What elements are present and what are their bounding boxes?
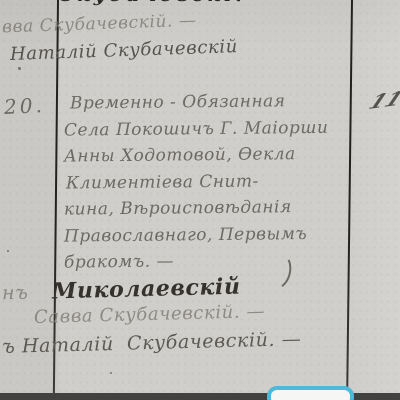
paper-speck — [18, 67, 21, 70]
paper-speck — [7, 250, 9, 252]
bottom-peek-button[interactable] — [267, 386, 354, 400]
record-line: Села Покошичъ Г. Маіорши — [64, 117, 364, 147]
scanned-register-page: Скубачевскій вва Скубачевскій. — Наталій… — [0, 0, 400, 400]
entry-number: 20. — [4, 95, 46, 117]
clipped-top-line: Скубачевскій — [58, 0, 240, 7]
clipped-top-text: Скубачевскій — [58, 0, 240, 5]
record-line: Климентіева Снит- — [64, 170, 364, 200]
signature-prefix: нъ — [2, 284, 29, 303]
signature-name-3: ъ Наталій Скубачевскій. — — [2, 330, 302, 357]
signature-name-1: Миколаевскій — [52, 276, 241, 303]
margin-mark: 11 — [366, 88, 400, 112]
record-line: кина, Вѣроисповѣданія — [64, 196, 364, 226]
header-signature-2: Наталій Скубачевскій — [10, 38, 238, 64]
record-text-block: Временно - Обязанная Села Покошичъ Г. Ма… — [64, 92, 364, 278]
signature-name-2: Савва Скубачевскій. — — [34, 303, 266, 327]
header-signature-1: вва Скубачевскій. — — [2, 13, 197, 37]
record-line: Временно - Обязанная — [64, 90, 364, 120]
record-line: Анны Ходотовой, Ѳекла — [64, 143, 364, 173]
paper-speck — [110, 372, 112, 374]
record-line: Православнаго, Первымъ — [64, 223, 364, 253]
